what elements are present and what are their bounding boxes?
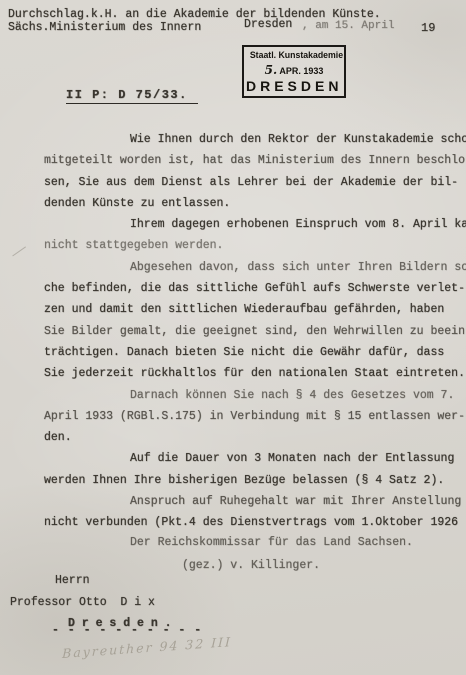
- body-line: sen, Sie aus dem Dienst als Lehrer bei d…: [44, 172, 466, 193]
- body-line: Anspruch auf Ruhegehalt war mit Ihrer An…: [44, 491, 466, 512]
- stamp-day: 5.: [265, 63, 278, 77]
- separator-dashes: - - - - - - - - - -: [10, 624, 202, 637]
- body-line: April 1933 (RGBl.S.175) in Verbindung mi…: [44, 406, 466, 427]
- body-line: Sie Bilder gemalt, die geeignet sind, de…: [44, 321, 466, 342]
- body-line: denden Künste zu entlassen.: [44, 193, 466, 214]
- body-line: zen und damit den sittlichen Wiederaufba…: [44, 299, 466, 320]
- body-line: Sie jederzeit rückhaltlos für den nation…: [44, 363, 466, 384]
- signature-block: Der Reichskommissar für das Land Sachsen…: [130, 531, 413, 577]
- body-line: Wie Ihnen durch den Rektor der Kunstakad…: [44, 129, 466, 150]
- dateline-year: 19: [421, 21, 435, 35]
- body-line: Abgesehen davon, dass sich unter Ihren B…: [44, 257, 466, 278]
- body-line: Ihrem dagegen erhobenen Einspruch vom 8.…: [44, 214, 466, 235]
- dateline-date: , am 15. April: [302, 20, 394, 32]
- sender-line: Sächs.Ministerium des Innern: [8, 21, 201, 34]
- body-line: trächtigen. Danach bieten Sie nicht die …: [44, 342, 466, 363]
- body-line: mitgeteilt worden ist, hat das Ministeri…: [44, 150, 466, 171]
- stamp-month-year: APR. 1933: [277, 66, 323, 76]
- signer-title: Der Reichskommissar für das Land Sachsen…: [130, 531, 413, 554]
- recipient-salutation: Herrn: [10, 574, 202, 587]
- pencil-annotation: Bayreuther 94 32 III: [62, 634, 232, 661]
- letter-page: Durchschlag.k.H. an die Akademie der bil…: [0, 0, 466, 675]
- body-line: nicht stattgegeben werden.: [44, 235, 466, 256]
- recipient-name: Professor Otto D i x: [10, 587, 202, 609]
- margin-pencil-mark: [12, 246, 31, 264]
- dateline-city: Dresden: [244, 18, 292, 31]
- body-line: Darnach können Sie nach § 4 des Gesetzes…: [44, 385, 466, 406]
- letter-body: Wie Ihnen durch den Rektor der Kunstakad…: [44, 129, 466, 534]
- recipient-block: Herrn Professor Otto D i x D r e s d e n…: [10, 574, 202, 637]
- stamp-organization: Staatl. Kunstakademie: [250, 50, 338, 61]
- body-line: den.: [44, 427, 466, 448]
- body-line: Auf die Dauer von 3 Monaten nach der Ent…: [44, 448, 466, 469]
- body-line: werden Ihnen Ihre bisherigen Bezüge bela…: [44, 470, 466, 491]
- file-reference: II P: D 75/33.: [66, 88, 198, 104]
- stamp-city: DRESDEN: [246, 78, 342, 94]
- received-stamp: Staatl. Kunstakademie 5. APR. 1933 DRESD…: [242, 45, 346, 98]
- stamp-date: 5. APR. 1933: [246, 63, 342, 77]
- body-line: che befinden, die das sittliche Gefühl a…: [44, 278, 466, 299]
